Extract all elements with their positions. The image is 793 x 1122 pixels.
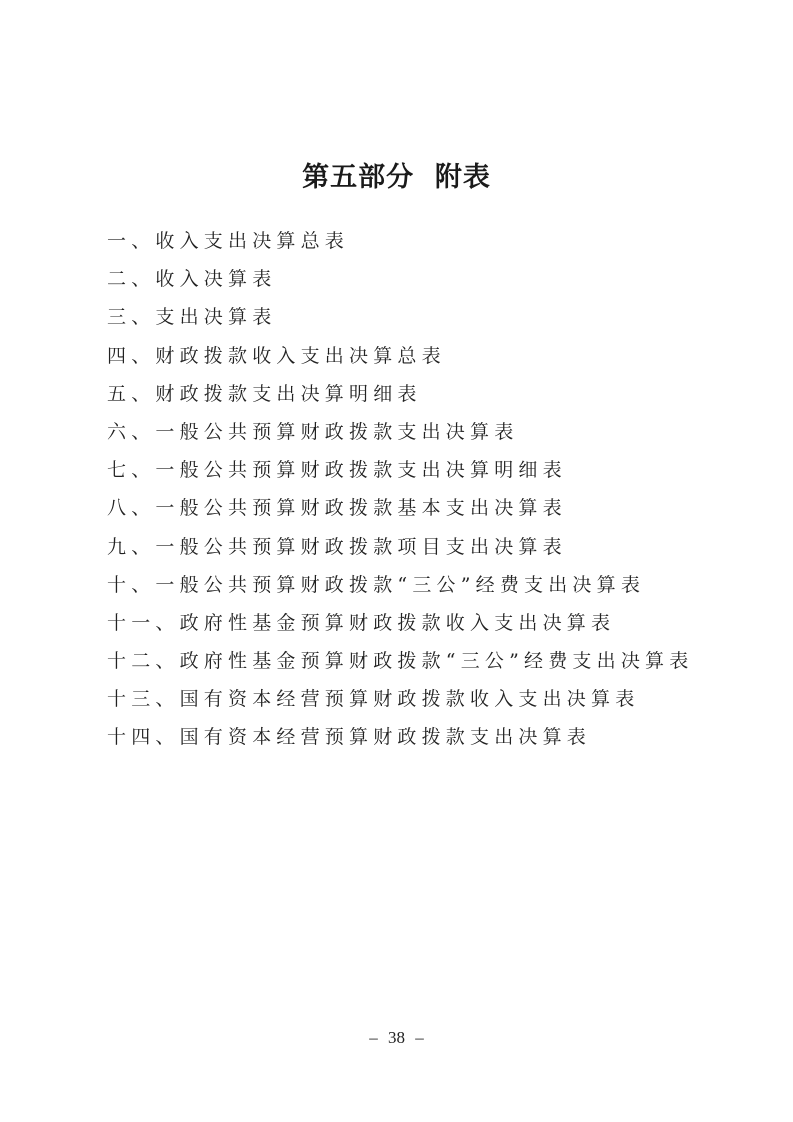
list-item: 四、财政拨款收入支出决算总表 xyxy=(107,341,693,379)
list-item: 十三、国有资本经营预算财政拨款收入支出决算表 xyxy=(107,684,693,722)
appendix-table-list: 一、收入支出决算总表 二、收入决算表 三、支出决算表 四、财政拨款收入支出决算总… xyxy=(107,226,693,761)
list-item: 十、一般公共预算财政拨款“三公”经费支出决算表 xyxy=(107,570,693,608)
page-title: 第五部分 附表 xyxy=(0,158,793,198)
list-item: 十二、政府性基金预算财政拨款“三公”经费支出决算表 xyxy=(107,646,693,684)
list-item: 九、一般公共预算财政拨款项目支出决算表 xyxy=(107,532,693,570)
list-item: 八、一般公共预算财政拨款基本支出决算表 xyxy=(107,493,693,531)
list-item: 十一、政府性基金预算财政拨款收入支出决算表 xyxy=(107,608,693,646)
list-item: 五、财政拨款支出决算明细表 xyxy=(107,379,693,417)
list-item: 二、收入决算表 xyxy=(107,264,693,302)
list-item: 三、支出决算表 xyxy=(107,302,693,340)
list-item: 七、一般公共预算财政拨款支出决算明细表 xyxy=(107,455,693,493)
list-item: 十四、国有资本经营预算财政拨款支出决算表 xyxy=(107,722,693,760)
list-item: 一、收入支出决算总表 xyxy=(107,226,693,264)
page-number: – 38 – xyxy=(0,1028,793,1048)
list-item: 六、一般公共预算财政拨款支出决算表 xyxy=(107,417,693,455)
